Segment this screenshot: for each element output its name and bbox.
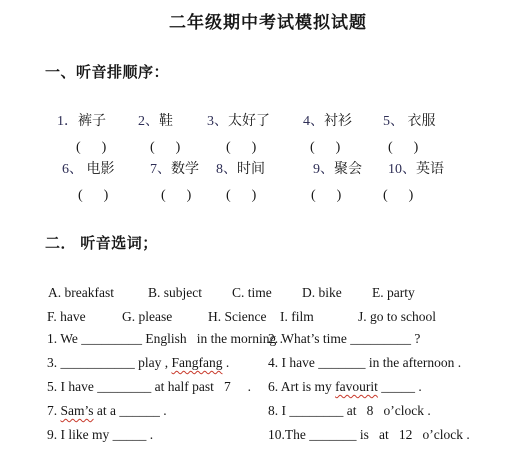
item-word: 数学 bbox=[171, 162, 199, 177]
word-item: 4、衬衫 bbox=[303, 110, 352, 130]
word-bank-option: G. please bbox=[122, 309, 172, 325]
word-item: 10、英语 bbox=[388, 158, 444, 178]
word-bank-option: A. breakfast bbox=[48, 285, 114, 301]
question-left: 1. We _________ English in the morning . bbox=[47, 331, 283, 347]
question-text: 7. bbox=[47, 403, 61, 418]
answer-paren-blank: ( ) bbox=[161, 184, 191, 204]
word-bank-option: J. go to school bbox=[358, 309, 436, 325]
question-left: 3. ___________ play , Fangfang . bbox=[47, 355, 229, 371]
answer-paren-blank: ( ) bbox=[78, 184, 108, 204]
section2-heading: 二． 听音选词； bbox=[45, 232, 158, 253]
word-item: 6、 电影 bbox=[62, 158, 115, 178]
item-number: 5、 bbox=[383, 114, 404, 129]
answer-paren-blank: ( ) bbox=[388, 136, 418, 156]
question-text: . bbox=[223, 355, 230, 370]
answer-paren-blank: ( ) bbox=[311, 184, 341, 204]
question-left: 7. Sam’s at a ______ . bbox=[47, 403, 167, 419]
item-number: 8、 bbox=[216, 162, 237, 177]
question-right: 2. What’s time _________ ? bbox=[268, 331, 420, 347]
question-text: at a ______ . bbox=[94, 403, 167, 418]
word-item: 9、聚会 bbox=[313, 158, 362, 178]
question-text: _____ . bbox=[378, 379, 422, 394]
question-right: 6. Art is my favourit _____ . bbox=[268, 379, 422, 395]
misspelled-word: favourit bbox=[335, 379, 378, 394]
item-number: 10、 bbox=[388, 162, 416, 177]
question-text: 2. What’s time _________ ? bbox=[268, 331, 420, 346]
question-text: 9. I like my _____ . bbox=[47, 427, 153, 442]
misspelled-word: Sam’s bbox=[61, 403, 94, 418]
item-word: 太好了 bbox=[228, 114, 270, 129]
word-item: 3、太好了 bbox=[207, 110, 270, 130]
word-bank-option: E. party bbox=[372, 285, 415, 301]
word-item: 1．裤子 bbox=[57, 110, 106, 130]
answer-paren-blank: ( ) bbox=[150, 136, 180, 156]
question-right: 10.The _______ is at 12 o’clock . bbox=[268, 427, 470, 443]
section1-answer-paren-row-1: ( )( )( )( )( ) bbox=[0, 136, 508, 158]
question-text: 8. I ________ at 8 o’clock . bbox=[268, 403, 431, 418]
question-row: 1. We _________ English in the morning .… bbox=[0, 331, 508, 355]
word-bank-option: D. bike bbox=[302, 285, 342, 301]
word-item: 8、时间 bbox=[216, 158, 265, 178]
word-item: 7、数学 bbox=[150, 158, 199, 178]
word-bank-option: H. Science bbox=[208, 309, 266, 325]
question-row: 9. I like my _____ .10.The _______ is at… bbox=[0, 427, 508, 451]
question-row: 5. I have ________ at half past 7 .6. Ar… bbox=[0, 379, 508, 403]
item-number: 4、 bbox=[303, 114, 324, 129]
question-text: 4. I have _______ in the afternoon . bbox=[268, 355, 461, 370]
item-word: 裤子 bbox=[78, 114, 106, 129]
page-title: 二年级期中考试模拟试题 bbox=[48, 8, 488, 33]
answer-paren-blank: ( ) bbox=[226, 184, 256, 204]
answer-paren-blank: ( ) bbox=[76, 136, 106, 156]
misspelled-word: Fangfang bbox=[172, 355, 223, 370]
answer-paren-blank: ( ) bbox=[383, 184, 413, 204]
question-text: 3. ___________ play , bbox=[47, 355, 172, 370]
word-bank-option: I. film bbox=[280, 309, 314, 325]
answer-paren-blank: ( ) bbox=[310, 136, 340, 156]
word-item: 2、鞋 bbox=[138, 110, 173, 130]
section1-word-row-1: 1．裤子2、鞋3、太好了4、衬衫5、 衣服 bbox=[0, 110, 508, 132]
section1-answer-paren-row-2: ( )( )( )( )( ) bbox=[0, 184, 508, 206]
item-word: 衣服 bbox=[404, 114, 436, 129]
item-number: 7、 bbox=[150, 162, 171, 177]
item-number: 1． bbox=[57, 114, 78, 129]
question-text: 6. Art is my bbox=[268, 379, 335, 394]
item-word: 衬衫 bbox=[324, 114, 352, 129]
question-row: 3. ___________ play , Fangfang .4. I hav… bbox=[0, 355, 508, 379]
item-word: 鞋 bbox=[159, 114, 173, 129]
item-word: 电影 bbox=[83, 162, 115, 177]
question-text: 10.The _______ is at 12 o’clock . bbox=[268, 427, 470, 442]
section1-heading: 一、听音排顺序： bbox=[45, 61, 169, 82]
word-bank-row-2: F. haveG. pleaseH. ScienceI. filmJ. go t… bbox=[0, 309, 508, 331]
question-left: 9. I like my _____ . bbox=[47, 427, 153, 443]
word-bank-option: C. time bbox=[232, 285, 272, 301]
section1-word-row-2: 6、 电影7、数学8、时间9、聚会10、英语 bbox=[0, 158, 508, 180]
item-word: 聚会 bbox=[334, 162, 362, 177]
word-bank-option: B. subject bbox=[148, 285, 202, 301]
item-number: 3、 bbox=[207, 114, 228, 129]
item-word: 时间 bbox=[237, 162, 265, 177]
question-right: 8. I ________ at 8 o’clock . bbox=[268, 403, 431, 419]
item-number: 2、 bbox=[138, 114, 159, 129]
answer-paren-blank: ( ) bbox=[226, 136, 256, 156]
item-number: 6、 bbox=[62, 162, 83, 177]
word-bank-option: F. have bbox=[47, 309, 86, 325]
question-left: 5. I have ________ at half past 7 . bbox=[47, 379, 251, 395]
item-number: 9、 bbox=[313, 162, 334, 177]
item-word: 英语 bbox=[416, 162, 444, 177]
question-text: 5. I have ________ at half past 7 . bbox=[47, 379, 251, 394]
question-text: 1. We _________ English in the morning . bbox=[47, 331, 283, 346]
question-row: 7. Sam’s at a ______ .8. I ________ at 8… bbox=[0, 403, 508, 427]
word-bank-row-1: A. breakfastB. subjectC. timeD. bikeE. p… bbox=[0, 285, 508, 307]
word-item: 5、 衣服 bbox=[383, 110, 436, 130]
question-right: 4. I have _______ in the afternoon . bbox=[268, 355, 461, 371]
